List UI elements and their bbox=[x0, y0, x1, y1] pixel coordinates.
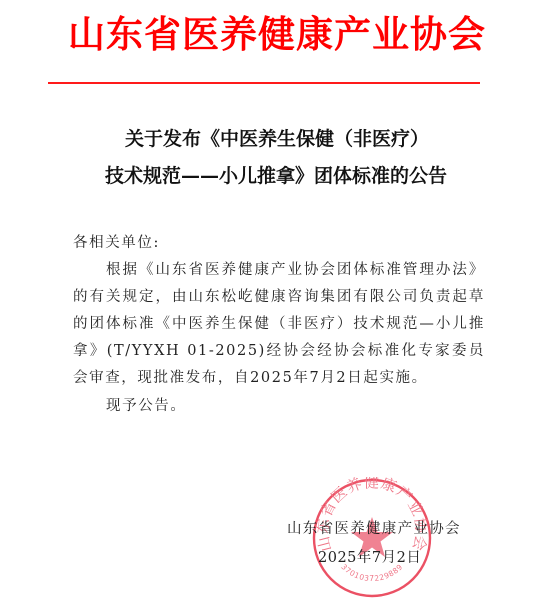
letterhead-title: 山东省医养健康产业协会 bbox=[0, 12, 554, 56]
signature-organization: 山东省医养健康产业协会 bbox=[287, 517, 461, 541]
letterhead-divider bbox=[48, 82, 480, 84]
salutation: 各相关单位: bbox=[73, 230, 485, 257]
body-paragraph: 根据《山东省医养健康产业协会团体标准管理办法》的有关规定，由山东松屹健康咨询集团… bbox=[73, 257, 485, 392]
document-title-line-1: 关于发布《中医养生保健（非医疗） bbox=[12, 127, 542, 151]
closing-remark: 现予公告。 bbox=[106, 393, 518, 420]
document-title-line-2: 技术规范——小儿推拿》团体标准的公告 bbox=[0, 164, 553, 188]
signature-date: 2025年7月2日 bbox=[318, 546, 421, 570]
